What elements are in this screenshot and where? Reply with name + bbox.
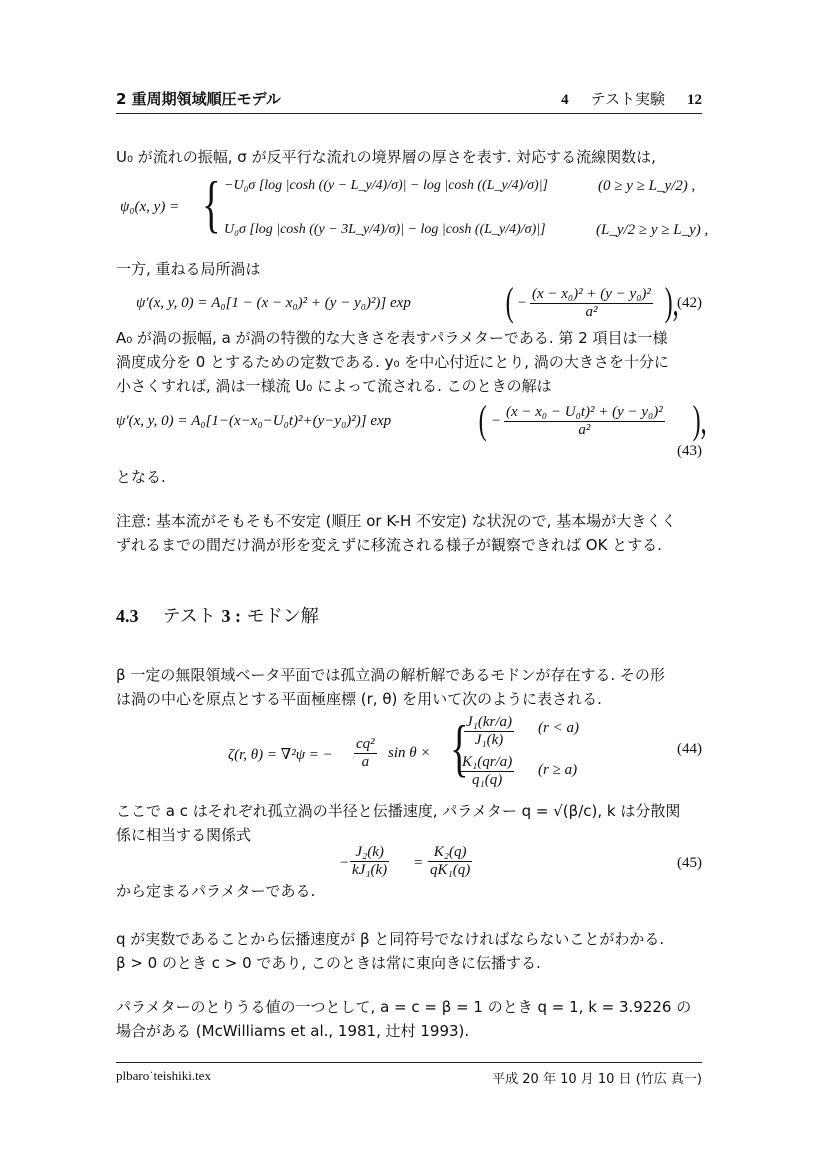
paragraph-result: となる.: [116, 466, 166, 488]
eq44-case2-condition: (r ≥ a): [538, 762, 577, 779]
equation-psi0: ψ₀(x, y) = { −U₀σ [log |cosh ((y − L_y/4…: [120, 166, 720, 256]
equals-sign: =: [414, 855, 422, 872]
right-paren: ),: [693, 400, 707, 440]
psi0-case1-condition: (0 ≥ y ≥ L_y/2) ,: [598, 178, 695, 195]
modon-speed-1: q が実数であることから伝播速度が β と同符号でなければならないことがわかる.: [116, 928, 664, 950]
eq44-coef-num: cq²: [354, 736, 377, 754]
eq44-number: (44): [677, 741, 702, 758]
eq44-case2: K₁(qr/a) q₁(q): [460, 754, 514, 789]
eq44-coef: cq² a: [354, 736, 377, 771]
eq44-case1-num: J₁(kr/a): [464, 714, 514, 732]
eq45-rhs: K₂(q) qK₁(q): [428, 844, 472, 879]
psi0-lhs: ψ₀(x, y) =: [120, 199, 179, 216]
eq45-rhs-den: qK₁(q): [428, 862, 472, 879]
modon-intro-2: は渦の中心を原点とする平面極座標 (r, θ) を用いて次のように表される.: [116, 688, 602, 710]
paragraph-intro: U₀ が流れの振幅, σ が反平行な流れの境界層の厚さを表す. 対応する流線関数…: [116, 146, 656, 168]
modon-example-1: パラメターのとりうる値の一つとして, a = c = β = 1 のとき q =…: [116, 996, 691, 1018]
psi0-case2-condition: (L_y/2 ≥ y ≥ L_y) ,: [596, 222, 708, 239]
modon-intro-1: β 一定の無限領域ベータ平面では孤立渦の解析解であるモドンが存在する. その形: [116, 664, 665, 686]
eq44-coef-den: a: [354, 754, 377, 771]
eq44-case2-den: q₁(q): [460, 772, 514, 789]
eq43-denominator: a²: [504, 422, 665, 439]
eq43-numerator: (x − x₀ − U₀t)² + (y − y₀)²: [504, 404, 665, 422]
left-brace: {: [202, 172, 220, 236]
section-heading-4-3: 4.3テスト 3 : モドン解: [116, 602, 319, 628]
minus-sign: −: [518, 295, 526, 312]
eq45-lhs: J₂(k) kJ₁(k): [350, 844, 389, 879]
eq44-lhs: ζ(r, θ) = ∇²ψ = −: [228, 745, 333, 764]
running-header: 2 重周期領域順圧モデル 4テスト実験12: [116, 88, 702, 112]
section-title-suffix: モドン解: [247, 606, 319, 627]
eq45-number: (45): [677, 855, 702, 872]
eq44-case1-condition: (r < a): [538, 720, 579, 737]
eq42-number: (42): [677, 295, 702, 312]
eq42-denominator: a²: [530, 304, 653, 321]
header-section-title: テスト実験: [591, 90, 665, 108]
equation-44: ζ(r, θ) = ∇²ψ = − cq² a sin θ × { J₁(kr/…: [228, 712, 628, 796]
eq43-number: (43): [677, 443, 702, 460]
eq44-case1-den: J₁(k): [464, 732, 514, 749]
note-line-2: ずれるまでの間だけ渦が形を変えずに移流される様子が観察できれば OK とする.: [116, 534, 662, 556]
footer-filename: plbaro˙teishiki.tex: [116, 1068, 211, 1084]
eq44-case1: J₁(kr/a) J₁(k): [464, 714, 514, 749]
header-chapter: 2 重周期領域順圧モデル: [116, 88, 281, 109]
eq45-lhs-num: J₂(k): [350, 844, 389, 862]
paragraph-amplitude-1: A₀ が渦の振幅, a が渦の特徴的な大きさを表すパラメターである. 第 2 項…: [116, 327, 668, 349]
section-number: 4.3: [116, 606, 139, 626]
note-line-1: 注意: 基本流がそもそも不安定 (順圧 or K-H 不安定) な状況ので, 基…: [116, 510, 676, 532]
section-title-num: 3 :: [222, 606, 242, 626]
psi0-case1: −U₀σ [log |cosh ((y − L_y/4)/σ)| − log |…: [224, 178, 548, 194]
eq45-rhs-num: K₂(q): [428, 844, 472, 862]
eq43-body: ψ′(x, y, 0) = A₀[1−(x−x₀−U₀t)²+(y−y₀)²)]…: [116, 413, 391, 430]
minus-sign: −: [492, 413, 500, 430]
footer-rule: [116, 1062, 702, 1063]
modon-params-2: 係に相当する関係式: [116, 824, 251, 846]
eq44-mid: sin θ ×: [388, 745, 431, 762]
equation-42: ψ′(x, y, 0) = A₀[1 − (x − x₀)² + (y − y₀…: [136, 282, 706, 328]
footer-date-author: 平成 20 年 10 月 10 日 (竹広 真一): [492, 1068, 702, 1087]
eq42-body: ψ′(x, y, 0) = A₀[1 − (x − x₀)² + (y − y₀…: [136, 295, 411, 312]
equation-45: − J₂(k) kJ₁(k) = K₂(q) qK₁(q): [340, 842, 500, 886]
minus-sign: −: [340, 855, 348, 872]
left-paren: (: [479, 400, 487, 440]
eq44-case2-num: K₁(qr/a): [460, 754, 514, 772]
section-title-prefix: テスト: [163, 606, 216, 627]
header-page-number: 12: [687, 92, 702, 108]
modon-example-2: 場合がある (McWilliams et al., 1981, 辻村 1993)…: [116, 1020, 469, 1042]
left-paren: (: [506, 282, 514, 322]
eq42-fraction: (x − x₀)² + (y − y₀)² a²: [530, 286, 653, 321]
modon-params-3: から定まるパラメターである.: [116, 880, 315, 902]
eq45-lhs-den: kJ₁(k): [350, 862, 389, 879]
modon-params-1: ここで a c はそれぞれ孤立渦の半径と伝播速度, パラメター q = √(β/…: [116, 800, 680, 822]
header-rule: [116, 113, 702, 114]
header-section-number: 4: [561, 92, 569, 108]
equation-43: ψ′(x, y, 0) = A₀[1−(x−x₀−U₀t)²+(y−y₀)²)]…: [116, 400, 706, 446]
eq42-numerator: (x − x₀)² + (y − y₀)²: [530, 286, 653, 304]
modon-speed-2: β > 0 のとき c > 0 であり, このときは常に東向きに伝播する.: [116, 952, 541, 974]
eq43-fraction: (x − x₀ − U₀t)² + (y − y₀)² a²: [504, 404, 665, 439]
document-page: 2 重周期領域順圧モデル 4テスト実験12 U₀ が流れの振幅, σ が反平行な…: [0, 0, 826, 1169]
paragraph-amplitude-2: 渦度成分を 0 とするための定数である. y₀ を中心付近にとり, 渦の大きさを…: [116, 351, 669, 373]
paragraph-local-vortex: 一方, 重ねる局所渦は: [116, 258, 261, 280]
psi0-case2: U₀σ [log |cosh ((y − 3L_y/4)/σ)| − log |…: [224, 222, 546, 238]
paragraph-amplitude-3: 小さくすれば, 渦は一様流 U₀ によって流される. このときの解は: [116, 375, 552, 397]
